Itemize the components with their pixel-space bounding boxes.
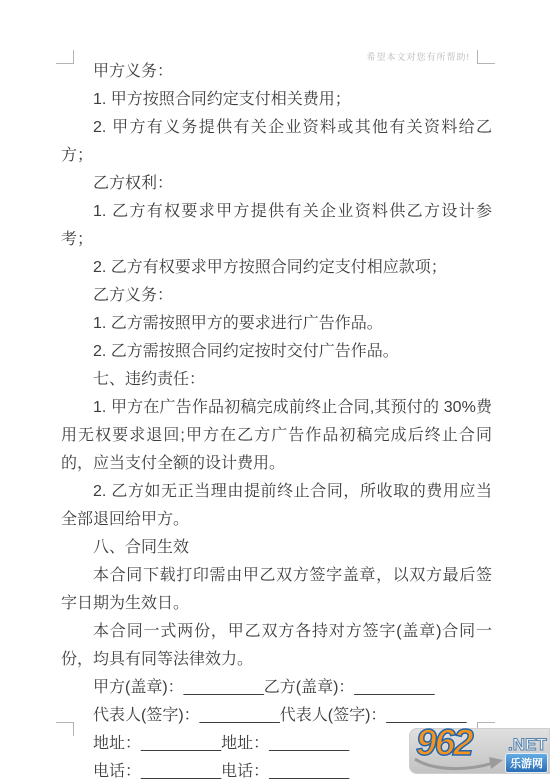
contract-body: 甲方义务： 1. 甲方按照合同约定支付相关费用； 2. 甲方有义务提供有关企业资… <box>61 58 492 780</box>
leyou-watermark-logo: 962 .NET 乐游网 <box>409 728 550 774</box>
paragraph: 乙方权利： <box>61 170 492 198</box>
paragraph: 八、合同生效 <box>61 534 492 562</box>
paragraph: 1. 甲方按照合同约定支付相关费用； <box>61 86 492 114</box>
paragraph: 2. 甲方有义务提供有关企业资料或其他有关资料给乙方； <box>61 114 492 170</box>
paragraph: 1. 甲方在广告作品初稿完成前终止合同,其预付的 30%费用无权要求退回;甲方在… <box>61 394 492 478</box>
paragraph: 1. 乙方有权要求甲方提供有关企业资料供乙方设计参考； <box>61 198 492 254</box>
paragraph: 七、违约责任： <box>61 366 492 394</box>
paragraph: 本合同一式两份，甲乙双方各持对方签字(盖章)合同一份，均具有同等法律效力。 <box>61 618 492 674</box>
paragraph: 乙方义务： <box>61 282 492 310</box>
logo-site-badge: 乐游网 <box>506 754 547 772</box>
signature-line: 甲方(盖章)：_________乙方(盖章)：_________ <box>61 674 492 702</box>
paragraph: 1. 乙方需按照甲方的要求进行广告作品。 <box>61 310 492 338</box>
document-page: 希望本文对您有所帮助! 甲方义务： 1. 甲方按照合同约定支付相关费用； 2. … <box>0 0 550 780</box>
paragraph: 甲方义务： <box>61 58 492 86</box>
logo-number: 962 <box>416 722 472 764</box>
paragraph: 本合同下载打印需由甲乙双方签字盖章，以双方最后签字日期为生效日。 <box>61 562 492 618</box>
paragraph: 2. 乙方如无正当理由提前终止合同，所收取的费用应当全部退回给甲方。 <box>61 478 492 534</box>
paragraph: 2. 乙方有权要求甲方按照合同约定支付相应款项； <box>61 254 492 282</box>
logo-domain: .NET <box>508 735 547 755</box>
paragraph: 2. 乙方需按照合同约定按时交付广告作品。 <box>61 338 492 366</box>
